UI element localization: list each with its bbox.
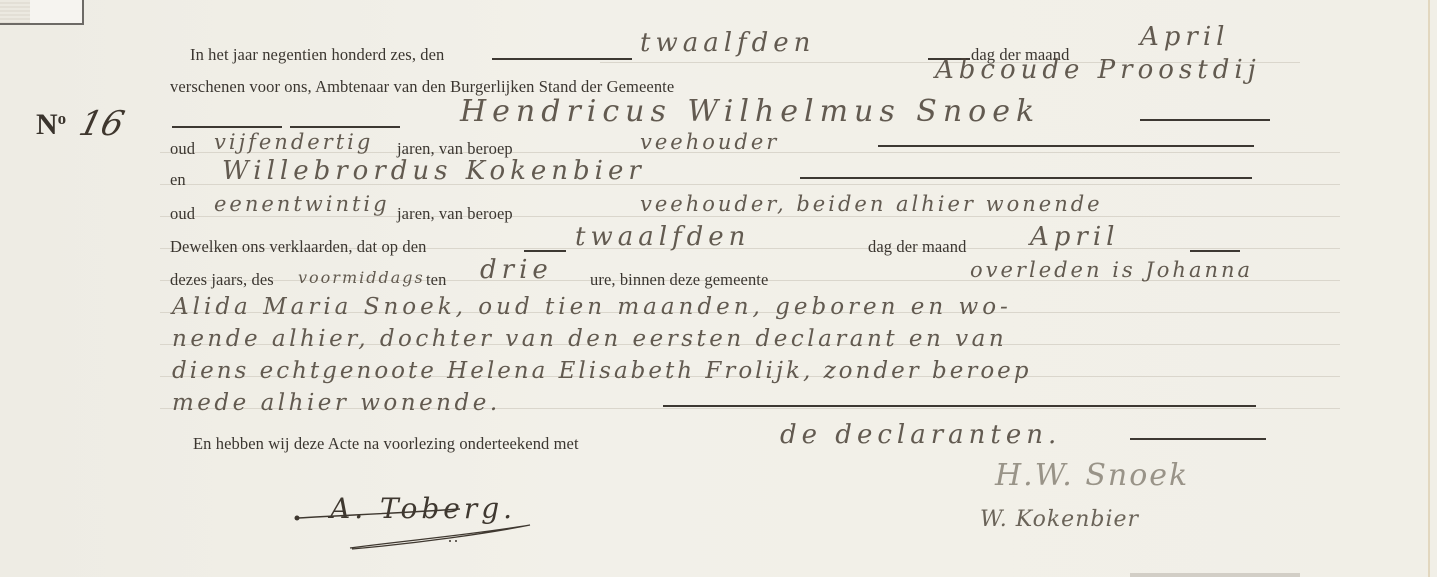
printed-text: dezes jaars, des	[170, 270, 274, 290]
printed-text: jaren, van beroep	[397, 204, 513, 224]
page-thumbnail[interactable]	[0, 0, 84, 25]
entry-number: 16	[75, 104, 128, 144]
printed-text: In het jaar negentien honderd zes, den	[190, 45, 444, 65]
handwritten-continuation: Alida Maria Snoek, oud tien maanden, geb…	[172, 294, 1012, 320]
printed-text: Dewelken ons verklaarden, dat op den	[170, 237, 427, 257]
fill-rule	[1140, 119, 1270, 121]
handwritten-continuation: nende alhier, dochter van den eersten de…	[172, 326, 1007, 352]
fill-rule	[290, 126, 400, 128]
handwritten-deceased-start: overleden is Johanna	[970, 258, 1253, 282]
entry-number-label: No	[36, 108, 66, 142]
handwritten-day: twaalfden	[640, 28, 815, 58]
handwritten-signatories: de declaranten.	[780, 420, 1061, 450]
printed-text: ure, binnen deze gemeente	[590, 270, 768, 290]
handwritten-continuation: mede alhier wonende.	[172, 390, 501, 416]
printed-text: oud	[170, 204, 195, 224]
fill-rule	[663, 405, 1256, 407]
handwritten-death-day: twaalfden	[575, 222, 750, 252]
handwritten-declarant-2-name: Willebrordus Kokenbier	[222, 156, 646, 186]
handwritten-hour: drie	[480, 255, 553, 285]
signature-declarant-2: W. Kokenbier	[980, 507, 1139, 532]
signature-declarant-1: H.W. Snoek	[995, 458, 1189, 493]
fill-rule	[492, 58, 632, 60]
fill-rule	[878, 145, 1254, 147]
handwritten-occupation-2: veehouder, beiden alhier wonende	[640, 192, 1103, 216]
fill-rule	[1190, 250, 1240, 252]
handwritten-age-2: eenentwintig	[214, 192, 390, 216]
ruled-line	[160, 216, 1340, 217]
page-edge	[1428, 0, 1430, 577]
handwritten-occupation-1: veehouder	[640, 130, 779, 154]
entry-number-prefix: N	[36, 108, 58, 141]
fill-rule	[172, 126, 282, 128]
handwritten-age-1: vijfendertig	[214, 130, 373, 154]
handwritten-month: April	[1140, 22, 1229, 52]
handwritten-time-of-day: voormiddags	[298, 268, 425, 287]
handwritten-municipality: Abcoude Proostdij	[935, 55, 1261, 85]
printed-text: oud	[170, 139, 195, 159]
handwritten-declarant-1-name: Hendricus Wilhelmus Snoek	[460, 94, 1040, 129]
entry-number-sup: o	[58, 109, 67, 128]
fill-rule	[1130, 438, 1266, 440]
fill-rule	[524, 250, 566, 252]
signature-flourish	[290, 485, 550, 555]
register-page: No 16 In het jaar negentien honderd zes,…	[0, 0, 1437, 577]
bottom-edge	[1130, 573, 1300, 577]
handwritten-death-month: April	[1030, 222, 1119, 252]
printed-text: en	[170, 170, 186, 190]
fill-rule	[800, 177, 1252, 179]
thumbnail-preview	[0, 0, 30, 23]
printed-text: dag der maand	[868, 237, 966, 257]
printed-text: En hebben wij deze Acte na voorlezing on…	[193, 434, 579, 454]
handwritten-continuation: diens echtgenoote Helena Elisabeth Froli…	[172, 358, 1032, 384]
printed-text: ten	[426, 270, 446, 290]
